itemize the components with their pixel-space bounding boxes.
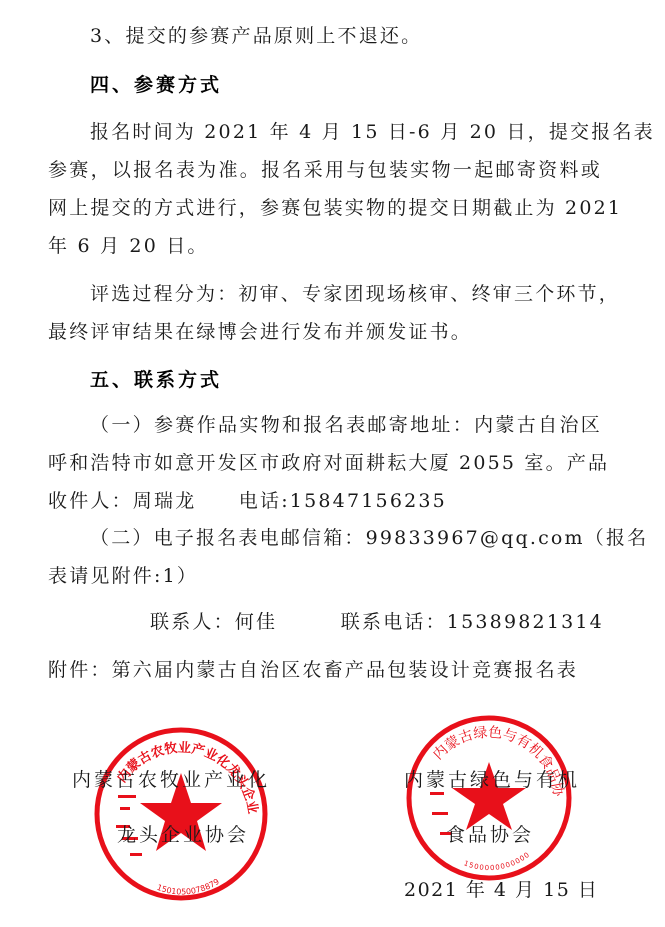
paragraph-line: 参赛，以报名表为准。报名采用与包装实物一起邮寄资料或 (48, 158, 602, 182)
seal-1-stamp: 内蒙古农牧业产业化龙头企业协会 1501050078879 (88, 725, 274, 903)
paragraph-line: 年 6 月 20 日。 (48, 234, 209, 258)
contact-person-line: 联系人：何佳 联系电话：15389821314 (150, 610, 604, 634)
section-5-heading: 五、联系方式 (90, 368, 222, 392)
org-1-name-line-1: 内蒙古农牧业产业化 (72, 768, 270, 792)
paragraph-line: 报名时间为 2021 年 4 月 15 日-6 月 20 日，提交报名表 (90, 120, 602, 144)
recipient-phone-line: 收件人：周瑞龙 电话:15847156235 (48, 489, 447, 513)
paragraph-line: 最终评审结果在绿博会进行发布并颁发证书。 (48, 320, 472, 344)
seal-2-stamp: 内蒙古绿色与有机食品协会 1500000000000 (402, 712, 576, 884)
org-2-name-line-1: 内蒙古绿色与有机 (404, 768, 580, 792)
paragraph-line: 评选过程分为：初审、专家团现场核审、终审三个环节， (90, 282, 602, 306)
org-1-name-line-2: 龙头企业协会 (117, 823, 249, 847)
paragraph-line: 网上提交的方式进行，参赛包装实物的提交日期截止为 2021 (48, 196, 602, 220)
item-3-text: 3、提交的参赛产品原则上不退还。 (90, 24, 422, 48)
org-2-name-line-2: 食品协会 (446, 823, 534, 847)
email-line: （二）电子报名表电邮信箱：99833967@qq.com（报名 (90, 526, 602, 550)
svg-text:1500000000000: 1500000000000 (463, 850, 532, 872)
paragraph-line: （一）参赛作品实物和报名表邮寄地址：内蒙古自治区 (90, 413, 602, 437)
paragraph-line: 表请见附件:1） (48, 564, 198, 588)
attachment-line: 附件：第六届内蒙古自治区农畜产品包装设计竞赛报名表 (48, 658, 578, 682)
svg-text:1501050078879: 1501050078879 (156, 877, 221, 896)
section-4-heading: 四、参赛方式 (90, 73, 222, 97)
signature-date: 2021 年 4 月 15 日 (404, 878, 598, 902)
paragraph-line: 呼和浩特市如意开发区市政府对面耕耘大厦 2055 室。产品 (48, 451, 602, 475)
